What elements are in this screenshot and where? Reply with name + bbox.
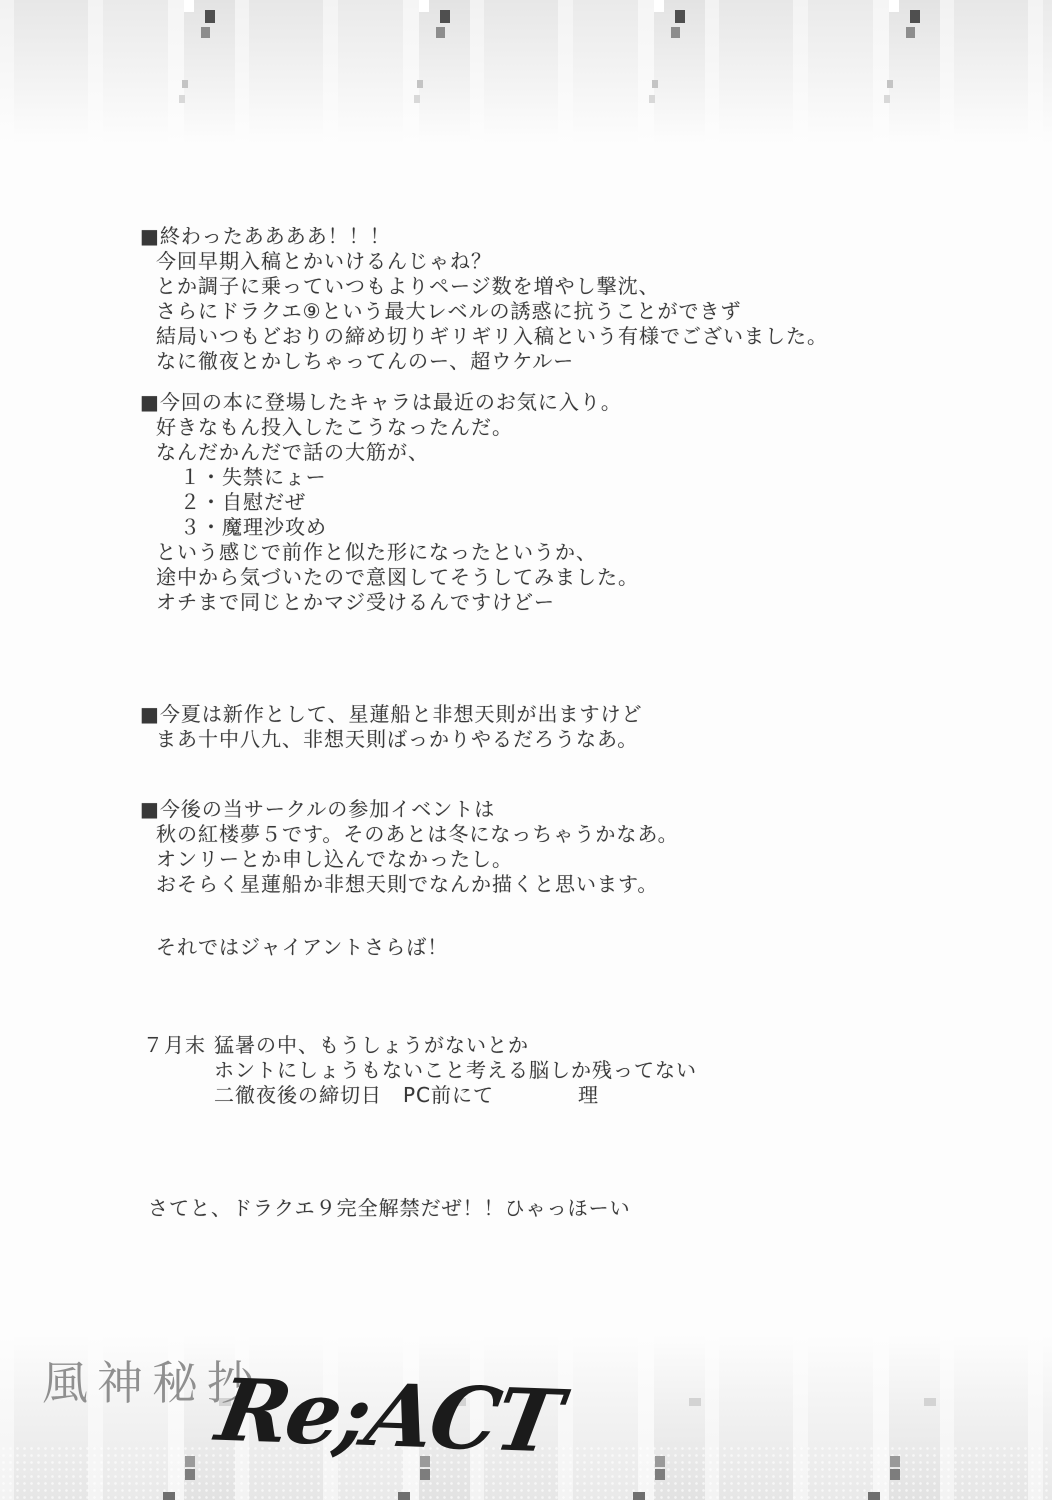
- afterword-line: ■今夏は新作として、星蓮船と非想天則が出ますけど: [140, 702, 643, 727]
- scan-artifact: [185, 1456, 195, 1467]
- colophon-text: 猛暑の中、もうしょうがないとか ホントにしょうもないこと考える脳しか残ってない …: [214, 1033, 697, 1108]
- background-stripes-top: [0, 0, 1052, 150]
- afterword-line: 途中から気づいたので意図してそうしてみました。: [156, 565, 639, 590]
- afterword-line: という感じで前作と似た形になったというか、: [156, 540, 639, 565]
- afterword-line: ２・自慰だぜ: [180, 490, 639, 515]
- scan-artifact: [440, 10, 450, 23]
- scan-artifact: [205, 10, 215, 23]
- colophon-date: ７月末: [143, 1033, 206, 1058]
- afterword-line: オンリーとか申し込んでなかったし。: [156, 847, 679, 872]
- book-title-latin: Re;ACT: [211, 1368, 565, 1465]
- colophon: ７月末 猛暑の中、もうしょうがないとか ホントにしょうもないこと考える脳しか残っ…: [143, 1033, 697, 1108]
- afterword-line: なに徹夜とかしちゃってんのー、超ウケルー: [156, 349, 828, 374]
- afterword-line: 好きなもん投入したこうなったんだ。: [156, 415, 639, 440]
- afterword-line: １・失禁にょー: [180, 465, 639, 490]
- afterword-line: ３・魔理沙攻め: [180, 515, 639, 540]
- colophon-line: 猛暑の中、もうしょうがないとか: [214, 1033, 697, 1058]
- scan-artifact: [675, 10, 685, 23]
- scan-artifact: [910, 10, 920, 23]
- afterword-line: ■終わったああああ！！！: [140, 224, 828, 249]
- afterword-paragraph-new-games: ■今夏は新作として、星蓮船と非想天則が出ますけどまあ十中八九、非想天則ばっかりや…: [140, 702, 643, 752]
- afterword-line: 結局いつもどおりの締め切りギリギリ入稿という有様でございました。: [156, 324, 828, 349]
- afterword-line: とか調子に乗っていつもよりページ数を増やし撃沈、: [156, 274, 828, 299]
- colophon-line: ホントにしょうもないこと考える脳しか残ってない: [214, 1058, 697, 1083]
- afterword-paragraph-events: ■今後の当サークルの参加イベントは秋の紅楼夢５です。そのあとは冬になっちゃうかな…: [140, 797, 679, 897]
- scan-artifact: [890, 1456, 900, 1467]
- afterword-line: おそらく星蓮船か非想天則でなんか描くと思います。: [156, 872, 679, 897]
- afterword-paragraph-deadline: ■終わったああああ！！！今回早期入稿とかいけるんじゃね？とか調子に乗っていつもよ…: [140, 224, 828, 374]
- afterword-line: 秋の紅楼夢５です。そのあとは冬になっちゃうかなあ。: [156, 822, 679, 847]
- afterword-line: さらにドラクエ⑨という最大レベルの誘惑に抗うことができず: [156, 299, 828, 324]
- farewell-line: それではジャイアントさらば！: [156, 935, 448, 960]
- afterword-paragraph-characters: ■今回の本に登場したキャラは最近のお気に入り。好きなもん投入したこうなったんだ。…: [140, 390, 639, 615]
- afterword-line: まあ十中八九、非想天則ばっかりやるだろうなあ。: [156, 727, 643, 752]
- afterword-line: なんだかんだで話の大筋が、: [156, 440, 639, 465]
- afterword-line: オチまで同じとかマジ受けるんですけどー: [156, 590, 639, 615]
- colophon-line: 二徹夜後の締切日 PC前にて 理: [214, 1083, 697, 1108]
- scan-artifact: [655, 1456, 665, 1467]
- afterword-line: ■今後の当サークルの参加イベントは: [140, 797, 679, 822]
- afterword-line: ■今回の本に登場したキャラは最近のお気に入り。: [140, 390, 639, 415]
- final-comment-line: さてと、ドラクエ９完全解禁だぜ！！ひゃっほーい: [148, 1196, 631, 1221]
- afterword-line: 今回早期入稿とかいけるんじゃね？: [156, 249, 828, 274]
